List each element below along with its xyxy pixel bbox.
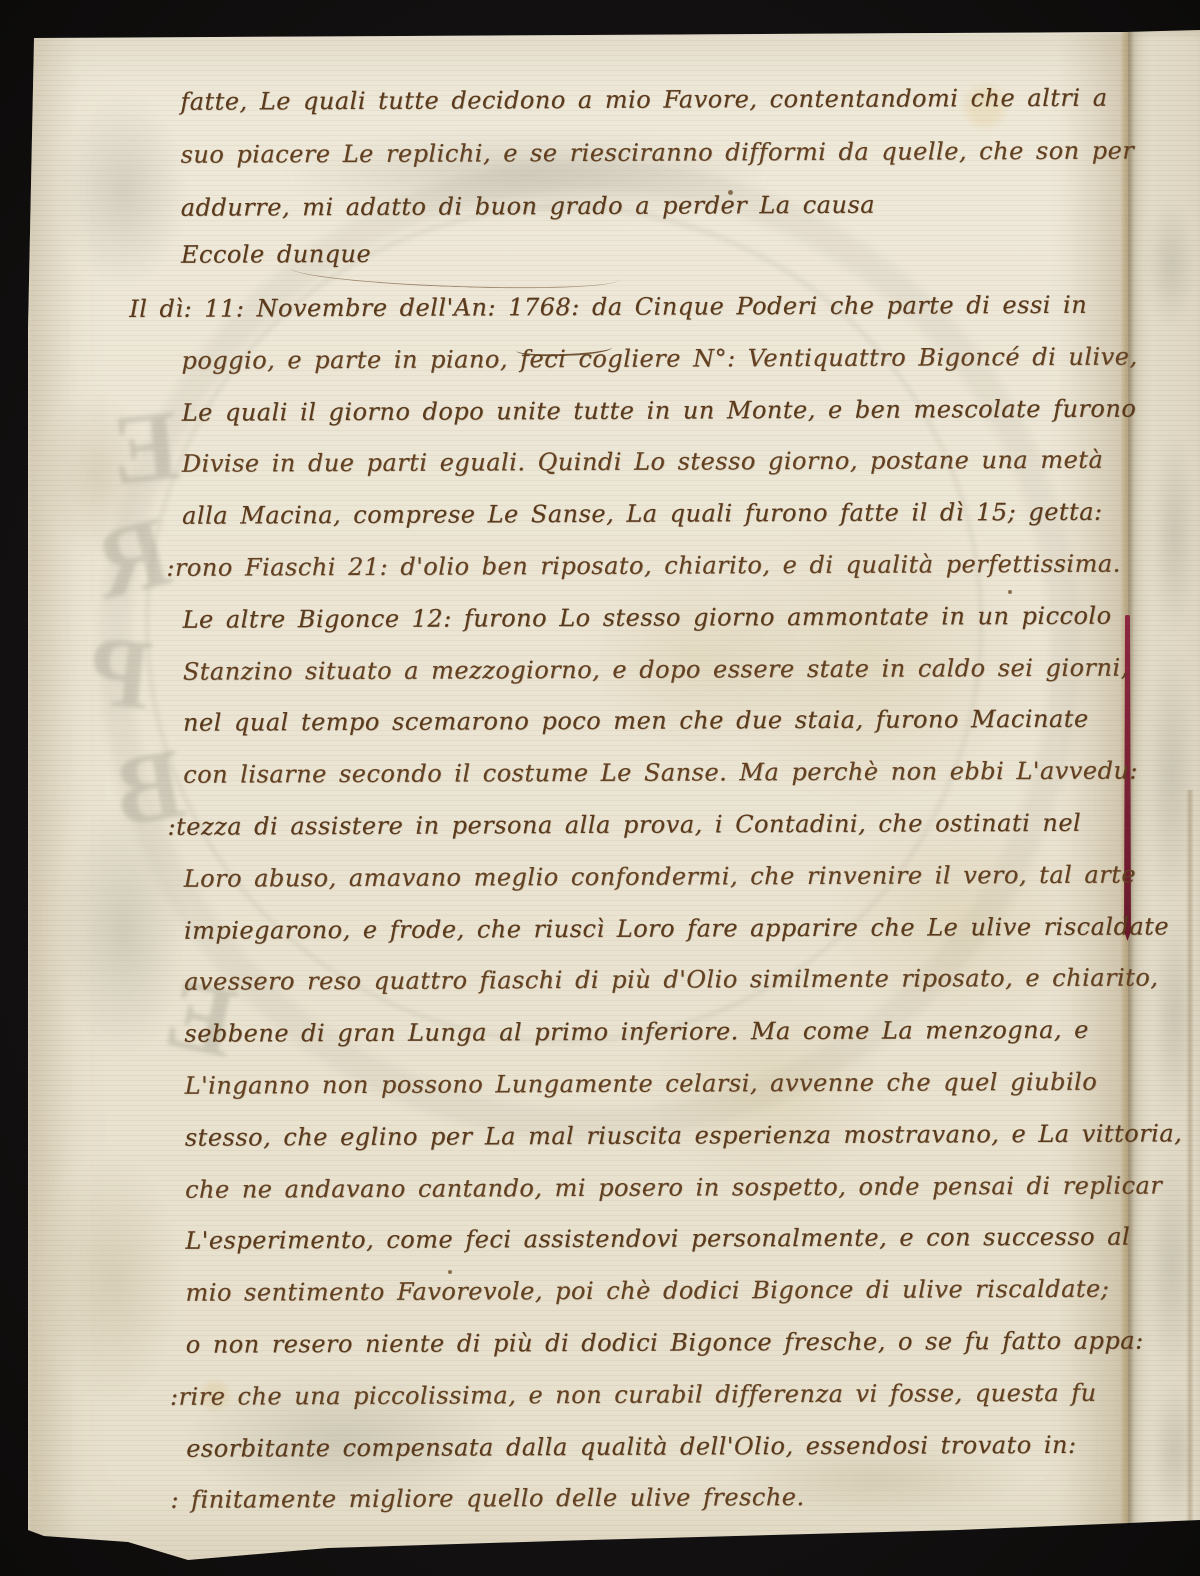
manuscript-line: Stanzino situato a mezzogiorno, e dopo e… xyxy=(183,642,1131,698)
manuscript-line: Il dì: 11: Novembre dell'An: 1768: da Ci… xyxy=(129,280,1129,336)
manuscript-text: fatte, Le quali tutte decidono a mio Fav… xyxy=(28,28,1128,33)
manuscript-line: :rire che una piccolissima, e non curabi… xyxy=(170,1367,1134,1423)
page-fold-crease-secondary xyxy=(1186,790,1194,1564)
manuscript-line: avessero reso quattro fiaschi di più d'O… xyxy=(184,953,1132,1009)
ink-speck xyxy=(448,1270,452,1274)
ink-speck xyxy=(728,190,733,195)
manuscript-line: Loro abuso, amavano meglio confondermi, … xyxy=(184,849,1132,905)
manuscript-line: nel qual tempo scemarono poco men che du… xyxy=(183,694,1131,750)
manuscript-line: L'esperimento, come feci assistendovi pe… xyxy=(185,1212,1133,1268)
ink-speck xyxy=(1008,590,1012,594)
manuscript-line: Le quali il giorno dopo unite tutte in u… xyxy=(182,383,1130,439)
manuscript-line: poggio, e parte in piano, feci cogliere … xyxy=(181,331,1129,387)
manuscript-line: sebbene di gran Lunga al primo inferiore… xyxy=(184,1005,1132,1061)
manuscript-line: : finitamente migliore quello delle uliv… xyxy=(170,1471,1134,1527)
ink-bleedthrough-smudge xyxy=(1152,430,1197,640)
manuscript-line: con lisarne secondo il costume Le Sanse.… xyxy=(183,746,1131,802)
manuscript-line: alla Macina, comprese Le Sanse, La quali… xyxy=(182,487,1130,543)
manuscript-line: :rono Fiaschi 21: d'olio ben riposato, c… xyxy=(166,539,1130,595)
manuscript-line: impiegarono, e frode, che riuscì Loro fa… xyxy=(184,901,1132,957)
paragraph: fatte, Le quali tutte decidono a mio Fav… xyxy=(28,72,1129,236)
manuscript-line: Divise in due parti eguali. Quindi Lo st… xyxy=(182,435,1130,491)
paragraph: Il dì: 11: Novembre dell'An: 1768: da Ci… xyxy=(29,280,1134,1528)
manuscript-line: :tezza di assistere in persona alla prov… xyxy=(167,798,1131,854)
manuscript-scan: E R P B E fatte, Le quali tutte decidono… xyxy=(0,0,1200,1576)
ink-bleedthrough-smudge xyxy=(1146,200,1196,330)
manuscript-line: che ne andavano cantando, mi posero in s… xyxy=(185,1160,1133,1216)
manuscript-line: mio sentimento Favorevole, poi chè dodic… xyxy=(185,1264,1133,1320)
manuscript-line: o non resero niente di più di dodici Big… xyxy=(186,1316,1134,1372)
manuscript-line: fatte, Le quali tutte decidono a mio Fav… xyxy=(180,72,1128,129)
manuscript-line: esorbitante compensata dalla qualità del… xyxy=(186,1419,1134,1475)
manuscript-line: L'inganno non possono Lungamente celarsi… xyxy=(184,1057,1132,1113)
manuscript-line: stesso, che eglino per La mal riuscita e… xyxy=(185,1108,1133,1164)
book-pages: E R P B E fatte, Le quali tutte decidono… xyxy=(28,30,1200,1564)
manuscript-line: Le altre Bigonce 12: furono Lo stesso gi… xyxy=(182,590,1130,646)
manuscript-line: suo piacere Le replichi, e se riescirann… xyxy=(180,125,1128,182)
